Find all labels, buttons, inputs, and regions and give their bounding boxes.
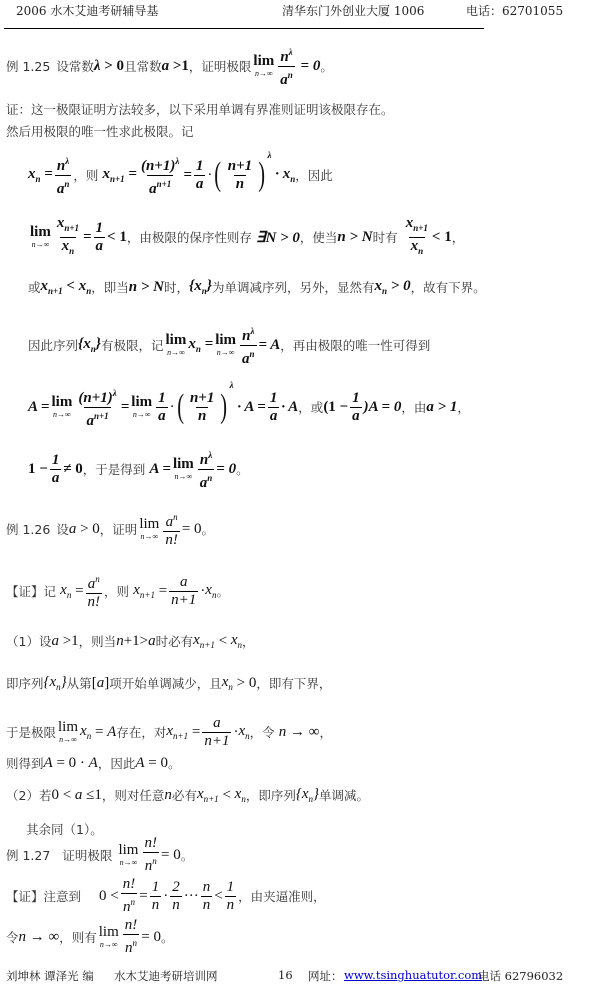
text: 且常数: [124, 57, 162, 75]
header-center: 清华东门外创业大厦 1006: [282, 2, 424, 19]
footer-org: 水木艾迪考研培训网: [114, 968, 218, 984]
example-label: 例 1.25: [6, 57, 50, 75]
text: 则得到: [6, 754, 44, 772]
text: 于是极限: [6, 723, 56, 741]
text: 有极限，记: [101, 336, 164, 354]
text: ，则: [73, 166, 98, 184]
example-label: 例 1.27: [6, 846, 50, 864]
text: ，则对任意: [102, 786, 165, 804]
squeeze-line: 【证】注意到 0 < n!nn = 1n· 2n··· nn < 1n ，由夹逼…: [6, 874, 326, 918]
final-limit-line: 令 n → ∞ ，则有 limn→∞ n!nn = 0。: [6, 916, 173, 958]
text: ，证明: [100, 520, 138, 538]
text: ，: [319, 723, 332, 741]
xn-definition: xn = nλan ，则 xn+1 = (n+1)λan+1 = 1a ·( n…: [28, 150, 333, 200]
text: 。: [320, 57, 333, 75]
result-line: 则得到 A = 0 · A ，因此 A = 0 。: [6, 754, 181, 772]
text: ，则有: [59, 928, 97, 946]
text: ，于是得到: [83, 460, 146, 478]
page-number: 16: [278, 968, 293, 982]
text: ，: [452, 228, 465, 246]
text: ，因此: [295, 166, 333, 184]
text: ，令: [250, 723, 275, 741]
limit-exists-line: 因此序列 {xn} 有极限，记 limn→∞ xn = limn→∞ nλan …: [28, 322, 430, 368]
text: 设: [56, 520, 69, 538]
text: ，由夹逼准则，: [238, 887, 326, 905]
text: 或: [28, 278, 41, 296]
text: ，由极限的保序性则存: [127, 228, 252, 246]
proof-label: 【证】注意到: [6, 887, 81, 905]
text: 。: [161, 928, 174, 946]
fraction: nλan: [278, 44, 295, 89]
example-1-26-statement: 例 1.26 设 a > 0 ，证明 limn→∞ ann! = 0。: [6, 508, 214, 550]
text: 证：这一极限证明方法较多，以下采用单调有界准则证明该极限存在。: [6, 100, 394, 118]
text: ，使当: [300, 228, 338, 246]
header-rule: [4, 28, 484, 29]
footer-phone: 电话 62796032: [478, 968, 563, 984]
text: 。: [216, 582, 229, 600]
footer-url-link[interactable]: www.tsinghuatutor.com: [344, 968, 482, 982]
text: ，则: [104, 582, 129, 600]
text: 。: [236, 460, 249, 478]
text: 。: [181, 846, 194, 864]
limit-expr: limn→∞: [253, 54, 274, 78]
text: 项开始单调减少，且: [109, 674, 222, 692]
text: 存在，对: [116, 723, 166, 741]
page-header: 2006 水木艾迪考研辅导基 清华东门外创业大厦 1006 电话：6270105…: [0, 2, 608, 18]
proof-line-2: 然后用极限的唯一性求此极限。记: [6, 122, 194, 140]
text: 时必有: [156, 632, 194, 650]
text: ，: [242, 632, 255, 650]
text: ，再由极限的唯一性可得到: [280, 336, 430, 354]
limit-exists-line-2: 于是极限 limn→∞ xn = A 存在，对 xn+1 = an+1 ·xn …: [6, 710, 332, 754]
conclusion-line: 1 − 1a ≠ 0 ，于是得到 A = limn→∞ nλan = 0。: [28, 446, 249, 492]
text: 令: [6, 928, 19, 946]
text: 然后用极限的唯一性求此极限。记: [6, 122, 194, 140]
header-right: 电话：62701055: [466, 2, 563, 19]
example-1-26-proof-def: 【证】记 xn = ann! ，则 xn+1 = an+1 ·xn 。: [6, 570, 229, 612]
monotone-line: 或 xn+1 < xn ，即当 n > N 时， {xn} 为单调减序列，另外，…: [28, 278, 486, 296]
text: ，即有下界，: [256, 674, 331, 692]
text: ，故有下界。: [411, 278, 486, 296]
ratio-limit-line: limn→∞ xn+1xn = 1a < 1 ，由极限的保序性则存 ∃N > 0…: [28, 212, 464, 262]
text: 单调减。: [319, 786, 369, 804]
case-1-line: （1）设 a >1 ，则当 n+1>a 时必有 xn+1 < xn ，: [6, 632, 255, 650]
footer-authors: 刘坤林 谭泽光 编: [6, 968, 94, 984]
text: （2）若: [6, 786, 51, 804]
text: 从第: [67, 674, 92, 692]
case-2-line: （2）若 0 < a ≤1 ，则对任意 n 必有 xn+1 < xn ，即序列 …: [6, 786, 369, 804]
proof-line-1: 证：这一极限证明方法较多，以下采用单调有界准则证明该极限存在。: [6, 100, 394, 118]
header-left: 2006 水木艾迪考研辅导基: [16, 2, 158, 19]
text: 必有: [172, 786, 197, 804]
sequence-decreasing-line: 即序列 {xn} 从第 [a] 项开始单调减少，且 xn > 0 ，即有下界，: [6, 674, 331, 692]
text: 即序列: [6, 674, 44, 692]
text: ，即序列: [246, 786, 296, 804]
text: （1）设: [6, 632, 51, 650]
text: ，证明极限: [189, 57, 252, 75]
text: 为单调减序列，另外，显然有: [212, 278, 375, 296]
text: ，或: [298, 398, 323, 416]
text: ，: [457, 398, 470, 416]
footer-url-label: 网址：: [308, 968, 343, 984]
example-label: 例 1.26: [6, 520, 50, 538]
text: 。: [202, 520, 215, 538]
example-1-25-statement: 例 1.25 设常数 λ > 0 且常数 a >1 ，证明极限 limn→∞ n…: [6, 42, 333, 90]
text: ，由: [401, 398, 426, 416]
text: 时有: [373, 228, 398, 246]
a-limit-equation: A = limn→∞ (n+1)λan+1 = limn→∞ 1a ·( n+1…: [28, 380, 470, 434]
text: ，则当: [79, 632, 117, 650]
text: ，即当: [91, 278, 129, 296]
example-1-27-statement: 例 1.27 证明极限 limn→∞ n!nn = 0。: [6, 834, 193, 876]
proof-label: 【证】记: [6, 582, 56, 600]
text: 证明极限: [62, 846, 112, 864]
text: 时，: [164, 278, 189, 296]
text: 。: [168, 754, 181, 772]
text: 因此序列: [28, 336, 78, 354]
text: ，因此: [98, 754, 136, 772]
text: 设常数: [56, 57, 94, 75]
